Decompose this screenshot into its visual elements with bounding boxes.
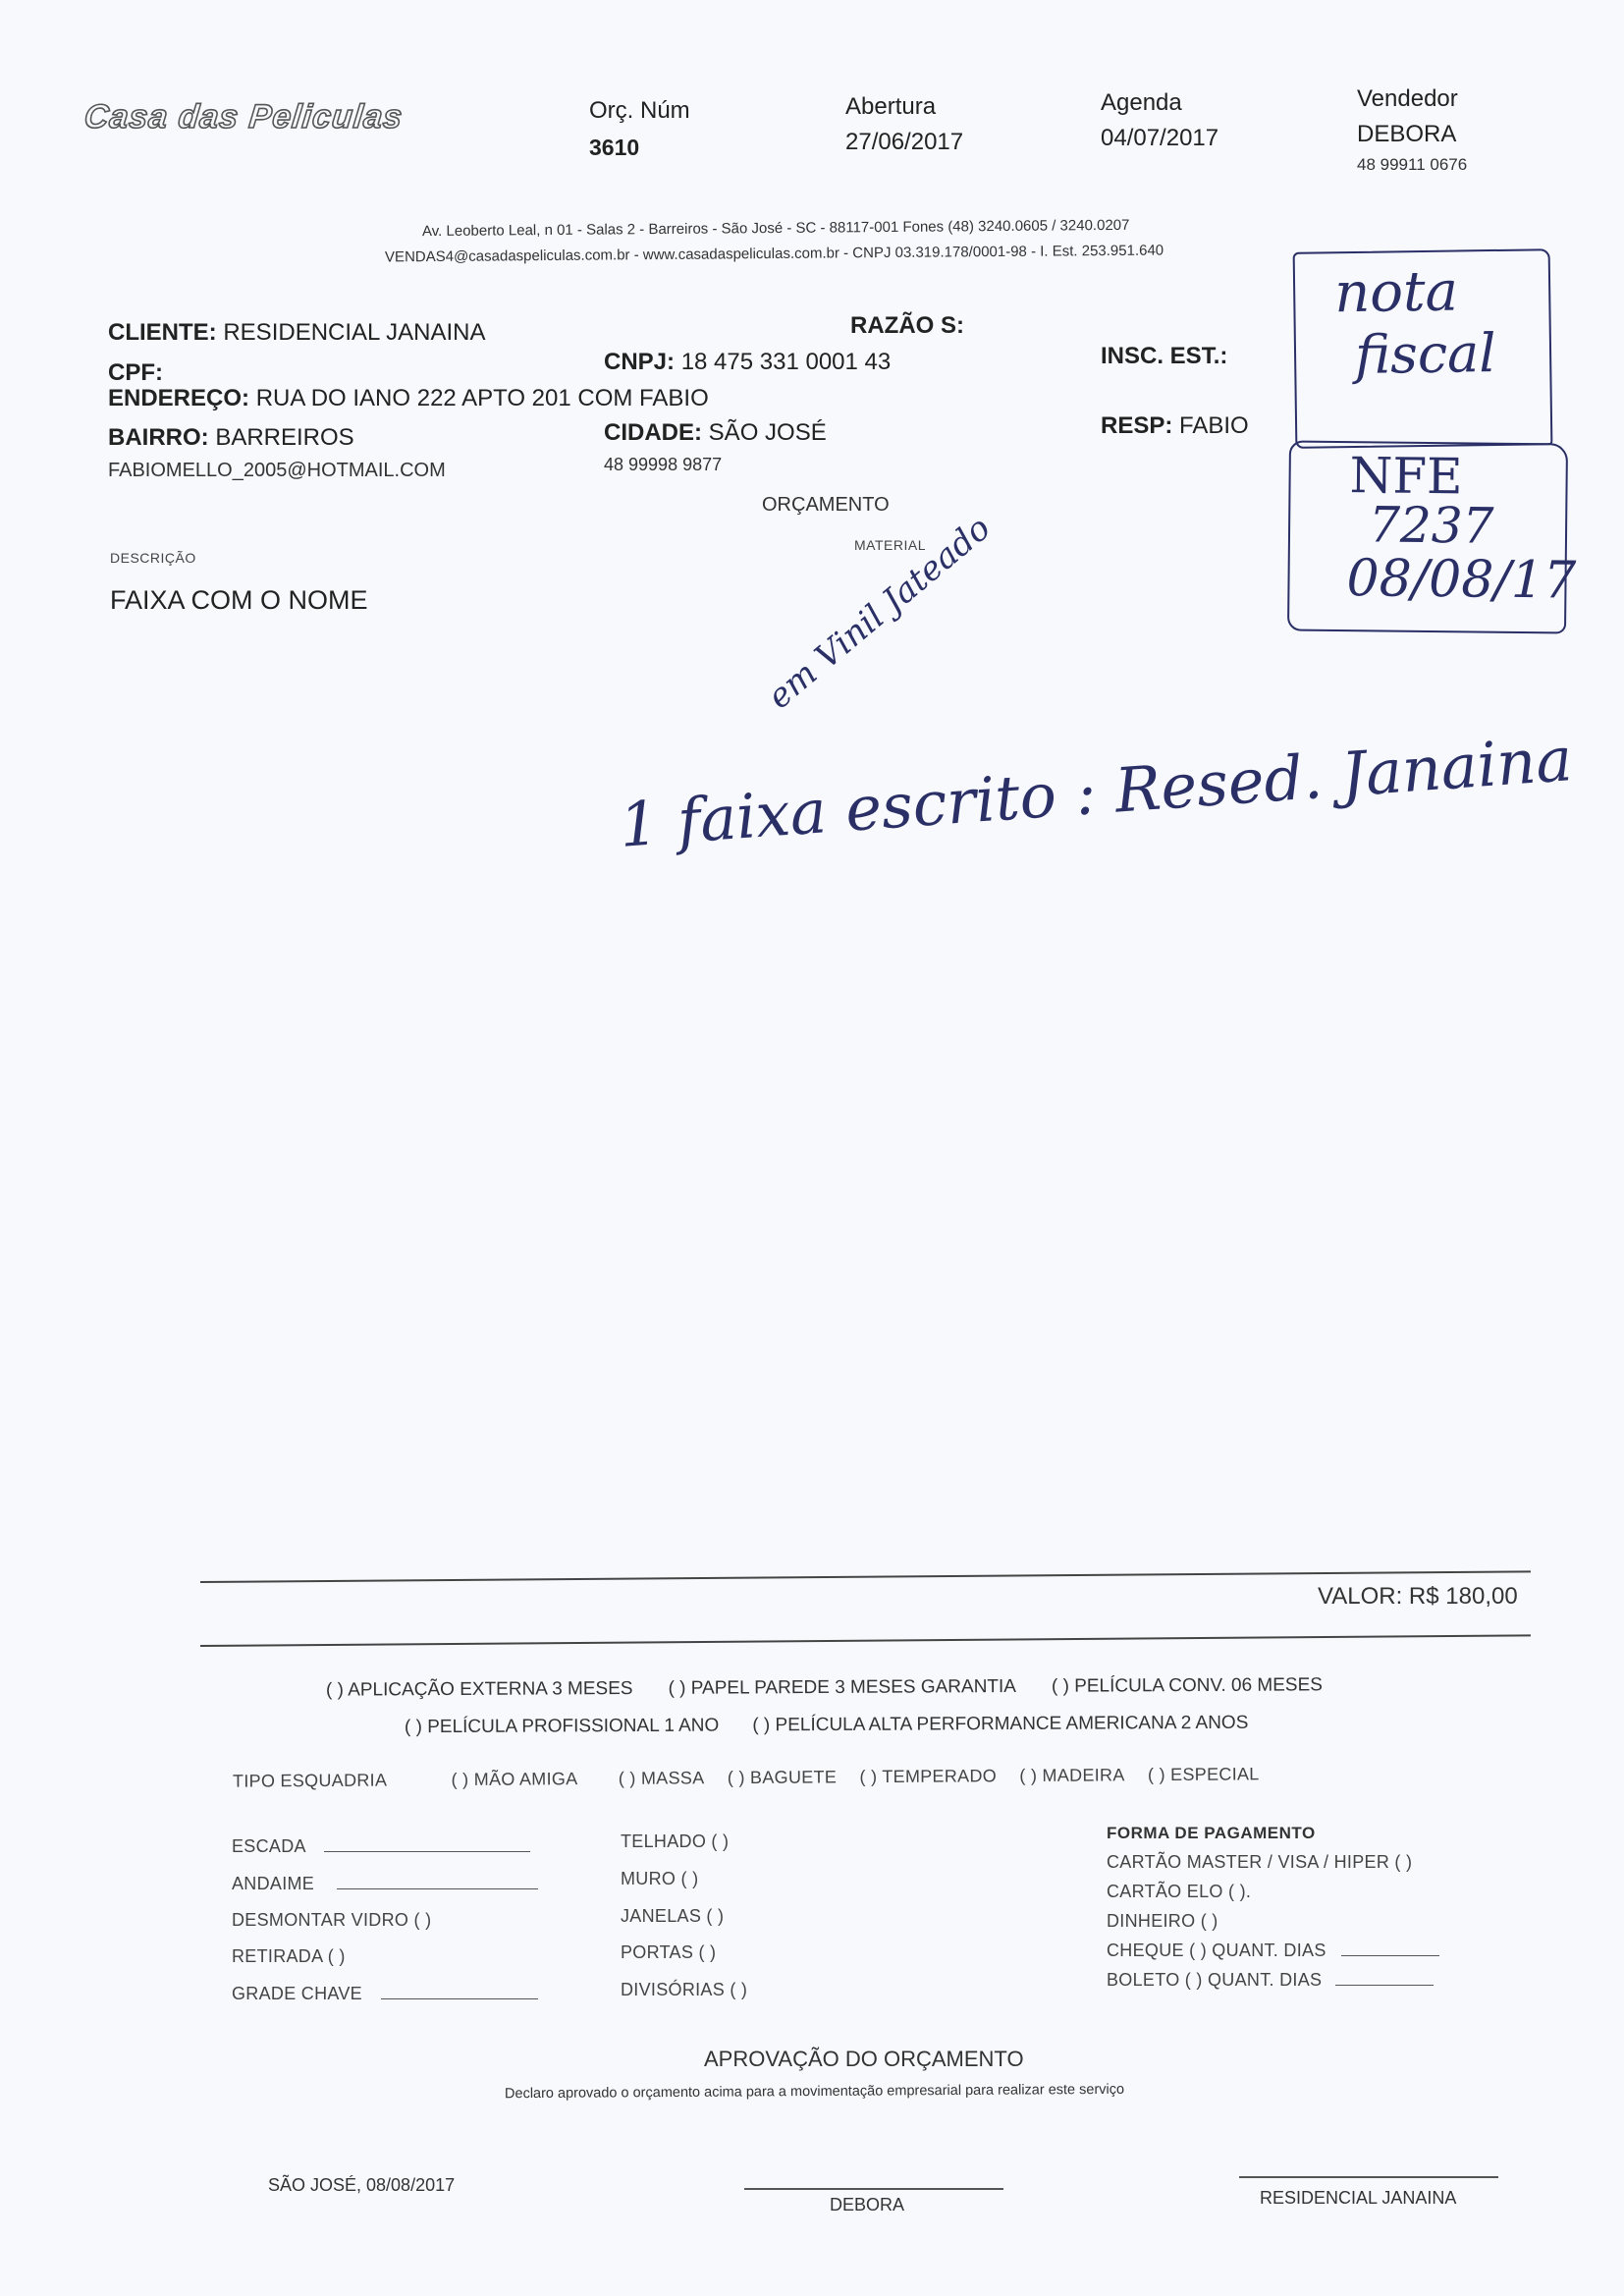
valor-label: VALOR: — [1318, 1583, 1402, 1610]
service-janelas[interactable]: JANELAS ( ) — [621, 1906, 724, 1927]
esq-option-temperado[interactable]: ( ) TEMPERADO — [859, 1766, 997, 1786]
handwritten-nota: nota — [1334, 259, 1459, 325]
service-andaime-label: ANDAIME — [232, 1874, 314, 1893]
service-portas[interactable]: PORTAS ( ) — [621, 1942, 716, 1963]
service-desmontar-vidro[interactable]: DESMONTAR VIDRO ( ) — [232, 1910, 431, 1931]
service-grade-chave-line[interactable] — [381, 1997, 538, 1999]
cidade-label: CIDADE: — [604, 419, 702, 446]
payment-cheque-label[interactable]: CHEQUE ( ) QUANT. DIAS — [1107, 1941, 1326, 1960]
payment-boleto-dias-line[interactable] — [1335, 1984, 1434, 1986]
payment-cartao-master[interactable]: CARTÃO MASTER / VISA / HIPER ( ) — [1107, 1852, 1412, 1873]
abertura-label: Abertura — [845, 93, 936, 121]
cnpj-field: CNPJ: 18 475 331 0001 43 — [604, 349, 891, 376]
valor-value: R$ 180,00 — [1409, 1583, 1518, 1610]
warranty-row-1: ( ) APLICAÇÃO EXTERNA 3 MESES ( ) PAPEL … — [326, 1674, 1323, 1701]
orc-num-label: Orç. Núm — [589, 97, 690, 125]
descricao-label: DESCRIÇÃO — [110, 550, 196, 566]
esq-option-massa[interactable]: ( ) MASSA — [619, 1768, 705, 1788]
option-aplicacao-externa[interactable]: ( ) APLICAÇÃO EXTERNA 3 MESES — [326, 1678, 633, 1702]
payment-dinheiro[interactable]: DINHEIRO ( ) — [1107, 1911, 1218, 1932]
option-papel-parede[interactable]: ( ) PAPEL PAREDE 3 MESES GARANTIA — [668, 1676, 1016, 1700]
option-pelicula-profissional[interactable]: ( ) PELÍCULA PROFISSIONAL 1 ANO — [405, 1716, 719, 1739]
client-signature-line[interactable] — [1239, 2176, 1498, 2178]
cpf-field: CPF: — [108, 359, 163, 387]
client-phone: 48 99998 9877 — [604, 455, 722, 475]
vendedor-value: DEBORA — [1357, 121, 1456, 148]
service-muro[interactable]: MURO ( ) — [621, 1869, 698, 1889]
resp-label: RESP: — [1101, 412, 1172, 439]
tipo-esquadria-label: TIPO ESQUADRIA — [233, 1771, 387, 1791]
service-telhado[interactable]: TELHADO ( ) — [621, 1831, 729, 1852]
insc-est-label: INSC. EST.: — [1101, 343, 1227, 369]
service-divisorias[interactable]: DIVISÓRIAS ( ) — [621, 1980, 747, 2000]
divider-top — [200, 1570, 1531, 1583]
agenda-label: Agenda — [1101, 89, 1182, 117]
esq-option-baguete[interactable]: ( ) BAGUETE — [728, 1767, 837, 1787]
resp-field: RESP: FABIO — [1101, 412, 1249, 440]
cpf-label: CPF: — [108, 359, 163, 386]
insc-est-field: INSC. EST.: — [1101, 343, 1227, 370]
bairro-field: BAIRRO: BARREIROS — [108, 424, 354, 452]
endereco-value: RUA DO IANO 222 APTO 201 COM FABIO — [256, 385, 709, 411]
warranty-row-2: ( ) PELÍCULA PROFISSIONAL 1 ANO ( ) PELÍ… — [405, 1713, 1248, 1738]
service-grade-chave: GRADE CHAVE — [232, 1984, 538, 2004]
cliente-field: CLIENTE: RESIDENCIAL JANAINA — [108, 319, 486, 347]
approval-title: APROVAÇÃO DO ORÇAMENTO — [704, 2047, 1024, 2072]
bairro-label: BAIRRO: — [108, 424, 209, 451]
agenda-value: 04/07/2017 — [1101, 125, 1218, 152]
client-signature-name: RESIDENCIAL JANAINA — [1260, 2188, 1456, 2209]
razao-field: RAZÃO S: — [850, 312, 964, 340]
cidade-field: CIDADE: SÃO JOSÉ — [604, 419, 827, 447]
handwritten-nfe-number: 7237 — [1369, 496, 1494, 554]
resp-value: FABIO — [1179, 412, 1249, 439]
company-logo: Casa das Peliculas — [82, 98, 405, 137]
bairro-value: BARREIROS — [215, 424, 353, 451]
service-escada-label: ESCADA — [232, 1836, 305, 1856]
orcamento-section-title: ORÇAMENTO — [762, 494, 890, 517]
cnpj-value: 18 475 331 0001 43 — [681, 349, 892, 375]
esq-option-mao-amiga[interactable]: ( ) MÃO AMIGA — [451, 1769, 577, 1789]
payment-boleto-label[interactable]: BOLETO ( ) QUANT. DIAS — [1107, 1970, 1322, 1990]
endereco-field: ENDEREÇO: RUA DO IANO 222 APTO 201 COM F… — [108, 385, 709, 412]
service-andaime: ANDAIME — [232, 1874, 538, 1894]
handwritten-box-nota-fiscal: nota fiscal — [1293, 248, 1553, 449]
seller-signature-name: DEBORA — [830, 2195, 904, 2215]
valor-field: VALOR: R$ 180,00 — [1318, 1583, 1518, 1611]
material-label: MATERIAL — [854, 537, 926, 553]
endereco-label: ENDEREÇO: — [108, 385, 249, 411]
company-contact: VENDAS4@casadaspeliculas.com.br - www.ca… — [385, 243, 1164, 266]
handwritten-nfe-date: 08/08/17 — [1346, 549, 1576, 610]
client-email: FABIOMELLO_2005@HOTMAIL.COM — [108, 460, 446, 482]
seller-signature-line[interactable] — [744, 2188, 1003, 2190]
service-escada: ESCADA — [232, 1836, 530, 1857]
place-date: SÃO JOSÉ, 08/08/2017 — [268, 2175, 455, 2196]
service-escada-line[interactable] — [324, 1850, 530, 1852]
option-pelicula-conv[interactable]: ( ) PELÍCULA CONV. 06 MESES — [1052, 1674, 1323, 1697]
vendedor-phone: 48 99911 0676 — [1357, 155, 1467, 175]
cnpj-label: CNPJ: — [604, 349, 675, 375]
orc-num-value: 3610 — [589, 135, 639, 161]
abertura-value: 27/06/2017 — [845, 129, 963, 156]
tipo-esquadria-row: TIPO ESQUADRIA ( ) MÃO AMIGA ( ) MASSA (… — [233, 1764, 1260, 1791]
razao-label: RAZÃO S: — [850, 312, 964, 339]
payment-boleto: BOLETO ( ) QUANT. DIAS — [1107, 1970, 1434, 1991]
service-retirada[interactable]: RETIRADA ( ) — [232, 1946, 346, 1967]
payment-cartao-elo[interactable]: CARTÃO ELO ( ). — [1107, 1882, 1251, 1902]
esq-option-madeira[interactable]: ( ) MADEIRA — [1019, 1765, 1124, 1785]
service-grade-chave-label: GRADE CHAVE — [232, 1984, 362, 2003]
divider-bottom — [200, 1634, 1531, 1647]
handwritten-note: 1 faixa escrito : Resed. Janaina — [618, 723, 1575, 861]
handwritten-box-nfe: NFE 7237 08/08/17 — [1287, 441, 1568, 634]
vendedor-label: Vendedor — [1357, 85, 1458, 113]
approval-statement: Declaro aprovado o orçamento acima para … — [505, 2082, 1124, 2102]
payment-cheque: CHEQUE ( ) QUANT. DIAS — [1107, 1941, 1439, 1961]
descricao-value: FAIXA COM O NOME — [110, 585, 368, 616]
cliente-label: CLIENTE: — [108, 319, 217, 346]
handwritten-fiscal: fiscal — [1355, 322, 1496, 386]
company-address: Av. Leoberto Leal, n 01 - Salas 2 - Barr… — [422, 217, 1130, 240]
payment-title: FORMA DE PAGAMENTO — [1107, 1824, 1316, 1843]
service-andaime-line[interactable] — [337, 1887, 538, 1889]
option-pelicula-alta-performance[interactable]: ( ) PELÍCULA ALTA PERFORMANCE AMERICANA … — [752, 1713, 1248, 1737]
payment-cheque-dias-line[interactable] — [1341, 1954, 1439, 1956]
esq-option-especial[interactable]: ( ) ESPECIAL — [1148, 1764, 1260, 1784]
cidade-value: SÃO JOSÉ — [709, 419, 827, 446]
cliente-value: RESIDENCIAL JANAINA — [223, 319, 485, 346]
